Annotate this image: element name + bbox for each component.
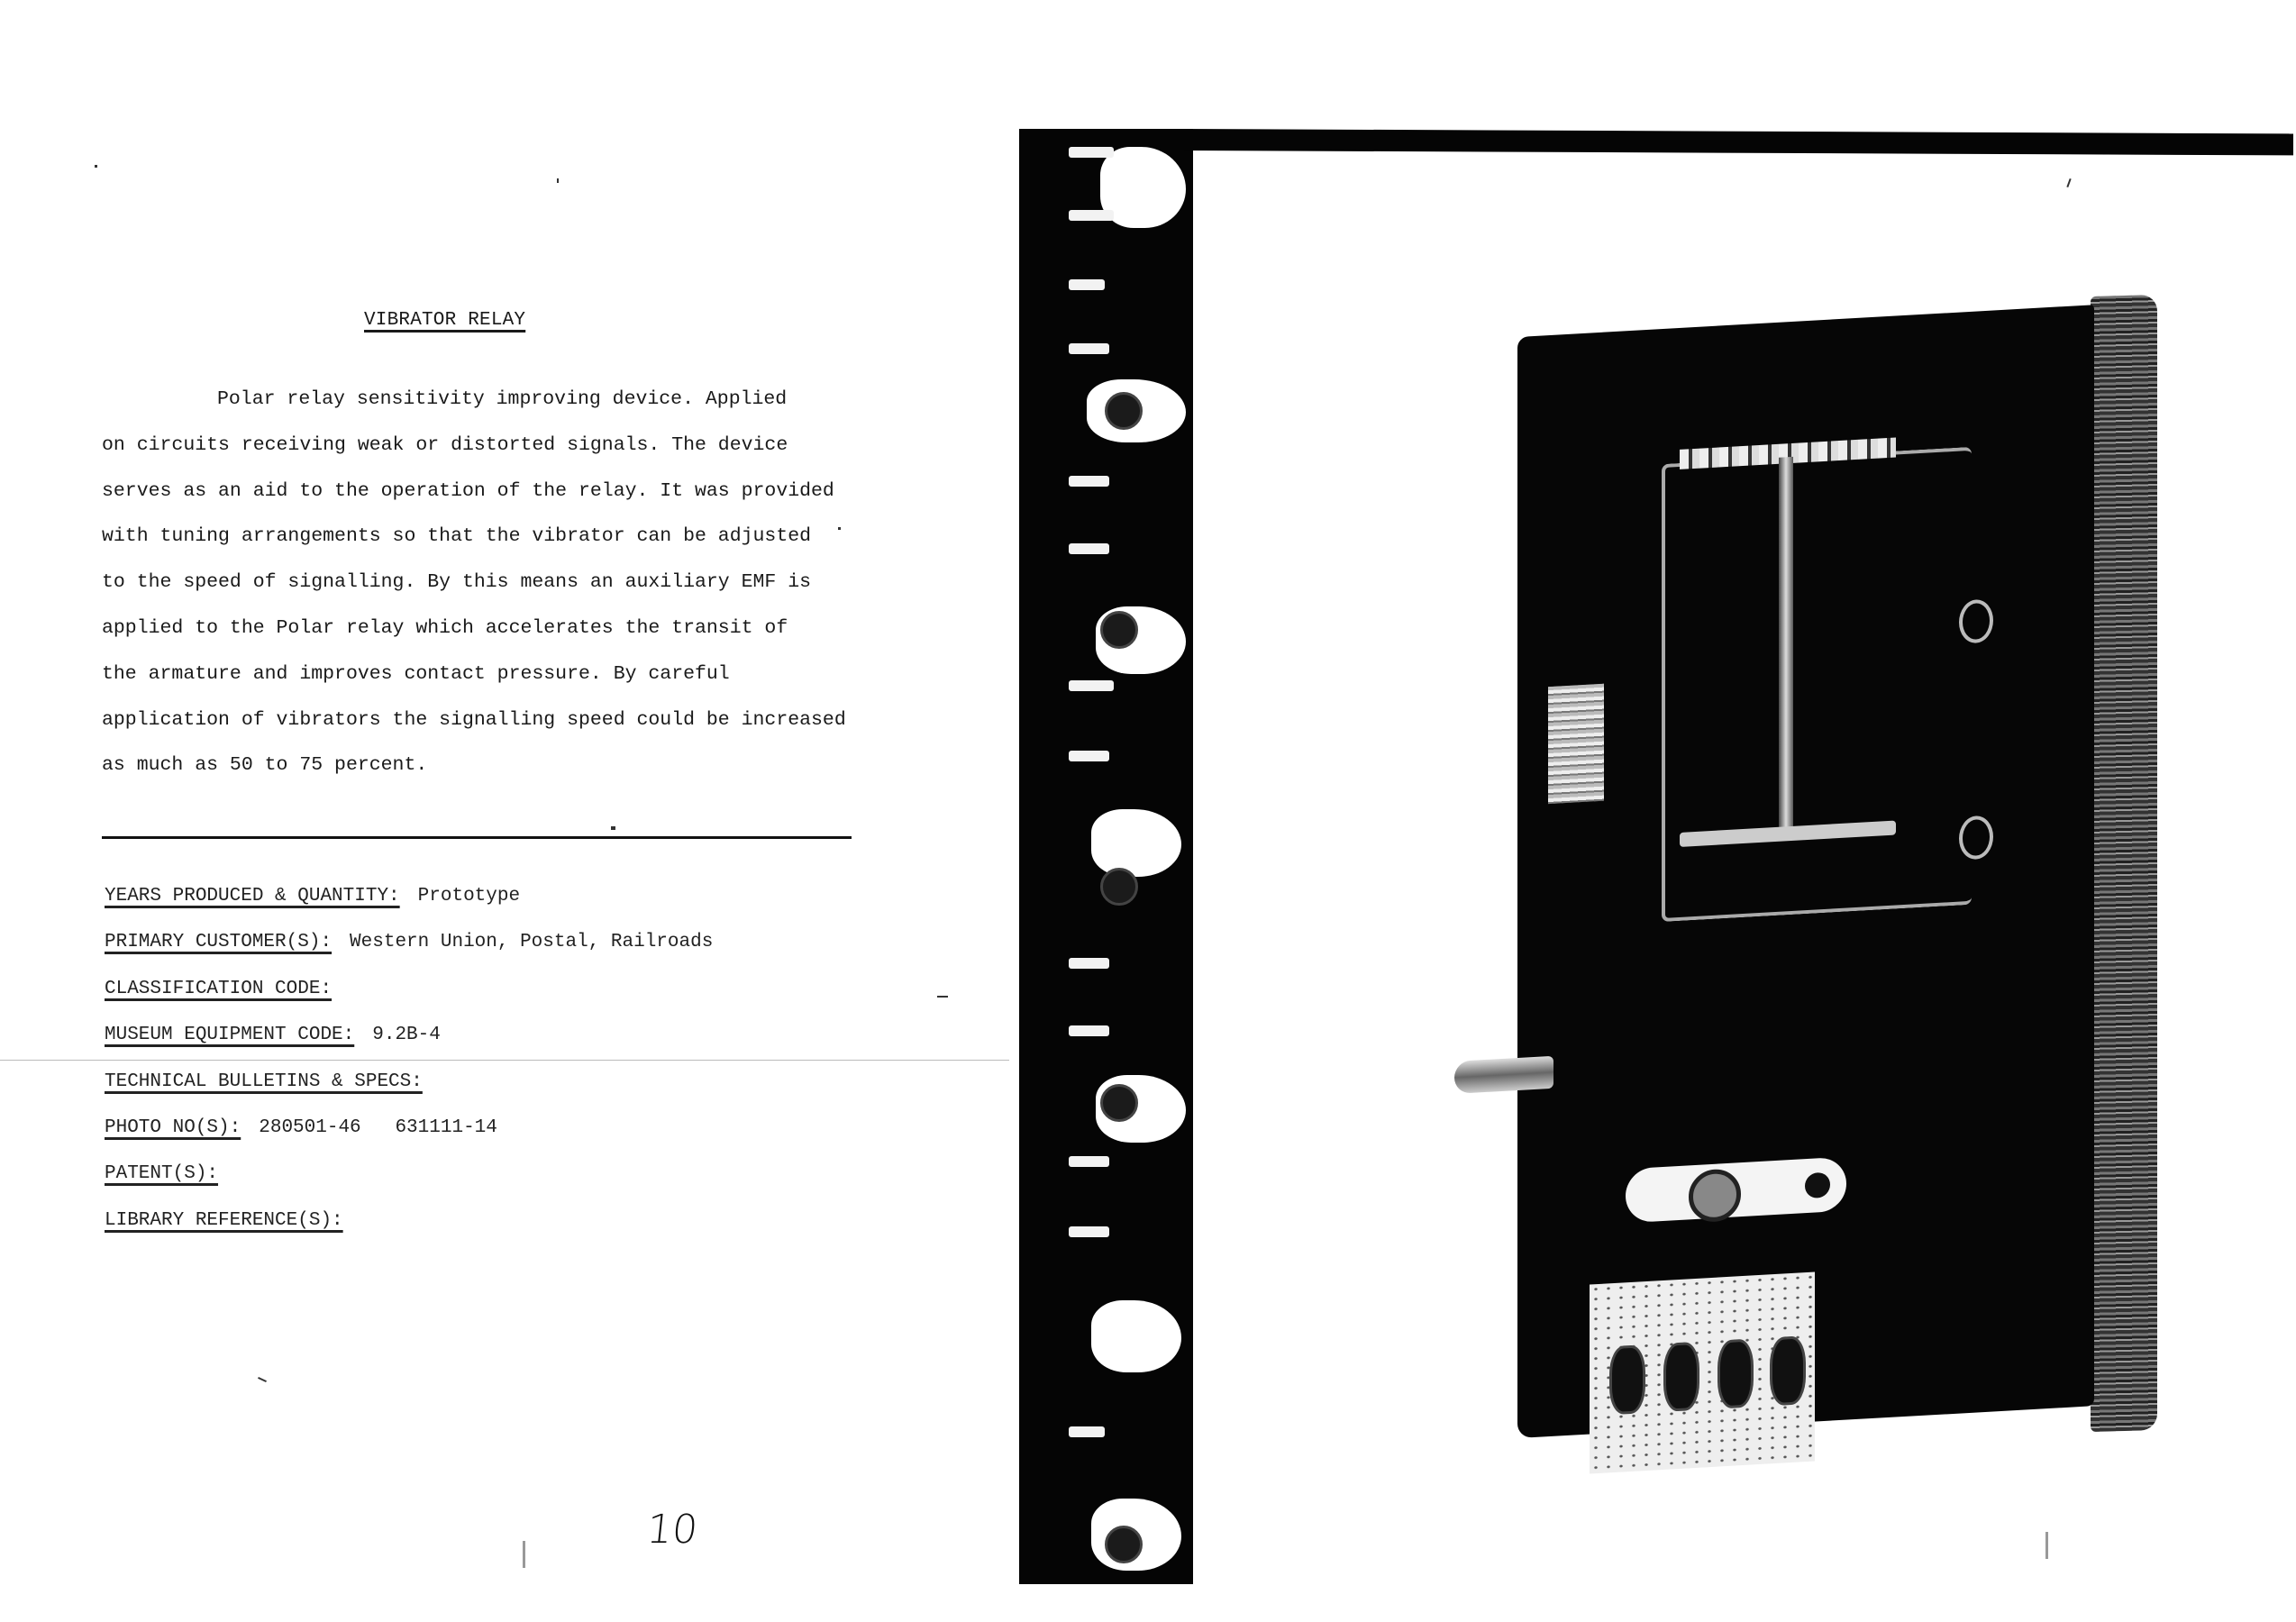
terminal-hole-icon — [1717, 1338, 1754, 1408]
vibrator-arm — [1626, 1157, 1846, 1224]
device-photograph — [1514, 278, 2163, 1440]
scan-speck — [557, 178, 559, 183]
field-museum-equipment-code: MUSEUM EQUIPMENT CODE: 9.2B-4 — [105, 1025, 713, 1071]
binding-ring — [1069, 279, 1105, 290]
binding-highlight — [1091, 809, 1181, 877]
scan-speck — [2045, 1532, 2048, 1559]
field-library-reference: LIBRARY REFERENCE(S): — [105, 1210, 713, 1256]
text-page: VIBRATOR RELAY Polar relay sensitivity i… — [0, 0, 1009, 1622]
binding-ring — [1069, 1426, 1105, 1437]
binding-post — [1454, 1056, 1553, 1094]
scan-speck — [95, 165, 97, 168]
paragraph-line: application of vibrators the signalling … — [102, 697, 850, 743]
paragraph-line: to the speed of signalling. By this mean… — [102, 560, 850, 606]
paragraph-line: Polar relay sensitivity improving device… — [102, 377, 850, 423]
field-label: PHOTO NO(S): — [105, 1117, 241, 1138]
field-primary-customers: PRIMARY CUSTOMER(S): Western Union, Post… — [105, 932, 713, 978]
paragraph-line: with tuning arrangements so that the vib… — [102, 514, 850, 560]
field-label: YEARS PRODUCED & QUANTITY: — [105, 886, 400, 907]
adjustment-screw-icon — [1959, 598, 1993, 643]
terminal-hole-icon — [1609, 1344, 1645, 1415]
paragraph-line: the armature and improves contact pressu… — [102, 652, 850, 697]
binding-ring — [1100, 611, 1138, 649]
binding-highlight — [1091, 1300, 1181, 1372]
scan-speck — [937, 996, 948, 998]
scan-speck — [838, 527, 841, 530]
field-label: LIBRARY REFERENCE(S): — [105, 1210, 343, 1231]
binding-ring — [1069, 476, 1109, 487]
field-years-produced: YEARS PRODUCED & QUANTITY: Prototype — [105, 886, 713, 932]
binding-strip — [1019, 129, 1193, 1584]
binding-ring — [1069, 1226, 1109, 1237]
nut-icon — [1689, 1168, 1741, 1223]
field-label: MUSEUM EQUIPMENT CODE: — [105, 1025, 354, 1045]
binding-ring — [1069, 343, 1109, 354]
page-number: 10 — [644, 1507, 699, 1553]
page-title: VIBRATOR RELAY — [364, 310, 525, 331]
paragraph-line: as much as 50 to 75 percent. — [102, 743, 850, 788]
photo-top-border — [1180, 129, 2293, 155]
binding-ring — [1100, 868, 1138, 906]
field-value: 280501-46 631111-14 — [259, 1117, 497, 1138]
binding-ring — [1069, 680, 1114, 691]
binding-ring — [1105, 1526, 1143, 1563]
binding-ring — [1069, 1156, 1109, 1167]
field-value: 9.2B-4 — [372, 1025, 441, 1045]
scan-speck — [2066, 178, 2071, 187]
terminal-block — [1590, 1272, 1815, 1474]
binding-ring — [1069, 147, 1114, 158]
adjustment-screw-icon — [1959, 815, 1993, 860]
binding-ring — [1069, 210, 1114, 221]
paragraph-line: serves as an aid to the operation of the… — [102, 469, 850, 515]
field-technical-bulletins: TECHNICAL BULLETINS & SPECS: — [105, 1071, 713, 1117]
binding-ring — [1105, 392, 1143, 430]
field-value: Prototype — [418, 886, 520, 907]
pivot-icon — [1805, 1172, 1830, 1199]
terminal-hole-icon — [1770, 1335, 1806, 1406]
field-label: TECHNICAL BULLETINS & SPECS: — [105, 1071, 423, 1092]
binding-ring — [1100, 1084, 1138, 1122]
scan-speck — [523, 1541, 525, 1568]
field-classification-code: CLASSIFICATION CODE: — [105, 979, 713, 1025]
field-label: CLASSIFICATION CODE: — [105, 979, 332, 999]
binding-ring — [1069, 751, 1109, 761]
description-paragraph: Polar relay sensitivity improving device… — [102, 377, 850, 788]
field-patents: PATENT(S): — [105, 1163, 713, 1209]
scan-speck — [611, 826, 615, 830]
metadata-fields: YEARS PRODUCED & QUANTITY: Prototype PRI… — [105, 886, 713, 1256]
paragraph-line: applied to the Polar relay which acceler… — [102, 606, 850, 652]
field-photo-numbers: PHOTO NO(S): 280501-46 631111-14 — [105, 1117, 713, 1163]
nameplate — [1548, 684, 1604, 804]
field-label: PATENT(S): — [105, 1163, 218, 1184]
paragraph-line: on circuits receiving weak or distorted … — [102, 423, 850, 469]
device-side-panel — [2091, 295, 2157, 1432]
binding-ring — [1069, 958, 1109, 969]
terminal-hole-icon — [1663, 1342, 1699, 1412]
coil-core — [1779, 457, 1793, 836]
binding-ring — [1069, 1025, 1109, 1036]
binding-ring — [1069, 543, 1109, 554]
field-label: PRIMARY CUSTOMER(S): — [105, 932, 332, 952]
section-divider — [102, 836, 852, 839]
device-base — [1517, 305, 2094, 1438]
coil-frame — [1662, 447, 1972, 922]
field-value: Western Union, Postal, Railroads — [350, 932, 713, 952]
scan-speck — [258, 1377, 267, 1382]
scan-speck — [0, 1060, 1009, 1061]
